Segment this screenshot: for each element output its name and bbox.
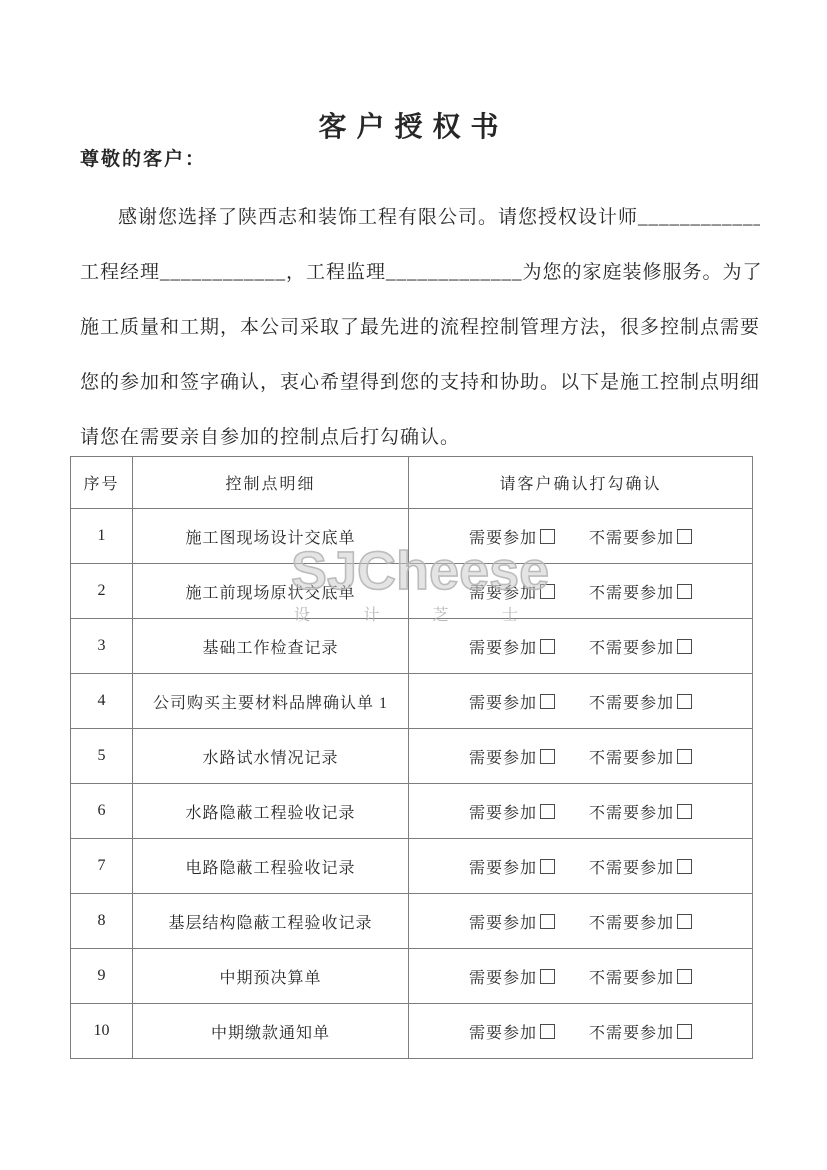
- option-no-need-attend: 不需要参加: [589, 580, 692, 603]
- document-title: 客户授权书: [0, 105, 827, 145]
- table-row: 2 施工前现场原状交底单 需要参加 不需要参加: [71, 564, 753, 619]
- need-attend-checkbox[interactable]: [540, 694, 555, 709]
- option-need-attend: 需要参加: [469, 635, 555, 658]
- option-no-need-attend-label: 不需要参加: [589, 800, 674, 823]
- need-attend-checkbox[interactable]: [540, 529, 555, 544]
- option-no-need-attend: 不需要参加: [589, 635, 692, 658]
- option-no-need-attend-label: 不需要参加: [589, 855, 674, 878]
- option-need-attend-label: 需要参加: [469, 580, 537, 603]
- salutation: 尊敬的客户：: [80, 144, 206, 171]
- table-row: 8 基层结构隐蔽工程验收记录 需要参加 不需要参加: [71, 894, 753, 949]
- control-point-name: 中期预决算单: [133, 949, 409, 1004]
- option-no-need-attend-label: 不需要参加: [589, 690, 674, 713]
- option-need-attend-label: 需要参加: [469, 690, 537, 713]
- control-point-name: 水路试水情况记录: [133, 729, 409, 784]
- no-need-attend-checkbox[interactable]: [677, 1024, 692, 1039]
- option-no-need-attend-label: 不需要参加: [589, 580, 674, 603]
- option-need-attend: 需要参加: [469, 1020, 555, 1043]
- option-need-attend: 需要参加: [469, 910, 555, 933]
- option-no-need-attend: 不需要参加: [589, 800, 692, 823]
- header-control-point: 控制点明细: [133, 457, 409, 509]
- control-point-name: 基层结构隐蔽工程验收记录: [133, 894, 409, 949]
- row-number: 2: [71, 564, 133, 619]
- header-confirm: 请客户确认打勾确认: [409, 457, 753, 509]
- confirm-cell: 需要参加 不需要参加: [409, 784, 753, 839]
- no-need-attend-checkbox[interactable]: [677, 969, 692, 984]
- option-need-attend-label: 需要参加: [469, 800, 537, 823]
- row-number: 8: [71, 894, 133, 949]
- no-need-attend-checkbox[interactable]: [677, 694, 692, 709]
- intro-paragraph: 感谢您选择了陕西志和装饰工程有限公司。请您授权设计师_____________，…: [80, 190, 760, 465]
- option-need-attend: 需要参加: [469, 745, 555, 768]
- option-need-attend: 需要参加: [469, 800, 555, 823]
- no-need-attend-checkbox[interactable]: [677, 914, 692, 929]
- option-no-need-attend: 不需要参加: [589, 1020, 692, 1043]
- paragraph-line: 您的参加和签字确认，衷心希望得到您的支持和协助。以下是施工控制点明细，: [80, 355, 760, 410]
- control-points-table: 序号 控制点明细 请客户确认打勾确认 1 施工图现场设计交底单 需要参加 不需要…: [70, 456, 753, 1059]
- control-point-name: 电路隐蔽工程验收记录: [133, 839, 409, 894]
- option-no-need-attend: 不需要参加: [589, 910, 692, 933]
- option-need-attend: 需要参加: [469, 580, 555, 603]
- confirm-cell: 需要参加 不需要参加: [409, 729, 753, 784]
- table-row: 6 水路隐蔽工程验收记录 需要参加 不需要参加: [71, 784, 753, 839]
- option-no-need-attend: 不需要参加: [589, 745, 692, 768]
- option-need-attend-label: 需要参加: [469, 525, 537, 548]
- need-attend-checkbox[interactable]: [540, 804, 555, 819]
- no-need-attend-checkbox[interactable]: [677, 584, 692, 599]
- row-number: 1: [71, 509, 133, 564]
- row-number: 4: [71, 674, 133, 729]
- need-attend-checkbox[interactable]: [540, 639, 555, 654]
- option-no-need-attend: 不需要参加: [589, 690, 692, 713]
- need-attend-checkbox[interactable]: [540, 749, 555, 764]
- control-point-name: 施工图现场设计交底单: [133, 509, 409, 564]
- confirm-cell: 需要参加 不需要参加: [409, 619, 753, 674]
- control-point-name: 水路隐蔽工程验收记录: [133, 784, 409, 839]
- table-row: 5 水路试水情况记录 需要参加 不需要参加: [71, 729, 753, 784]
- option-need-attend-label: 需要参加: [469, 855, 537, 878]
- option-no-need-attend-label: 不需要参加: [589, 525, 674, 548]
- confirm-cell: 需要参加 不需要参加: [409, 1004, 753, 1059]
- paragraph-line: 工程经理____________，工程监理_____________为您的家庭装…: [80, 245, 760, 300]
- confirm-cell: 需要参加 不需要参加: [409, 564, 753, 619]
- option-need-attend-label: 需要参加: [469, 910, 537, 933]
- option-need-attend: 需要参加: [469, 855, 555, 878]
- document-page: 客户授权书 尊敬的客户： 感谢您选择了陕西志和装饰工程有限公司。请您授权设计师_…: [0, 0, 827, 1170]
- row-number: 10: [71, 1004, 133, 1059]
- row-number: 5: [71, 729, 133, 784]
- no-need-attend-checkbox[interactable]: [677, 529, 692, 544]
- table-row: 7 电路隐蔽工程验收记录 需要参加 不需要参加: [71, 839, 753, 894]
- option-no-need-attend-label: 不需要参加: [589, 910, 674, 933]
- no-need-attend-checkbox[interactable]: [677, 804, 692, 819]
- control-table-body: 1 施工图现场设计交底单 需要参加 不需要参加 2 施工前现场原状交底单 需要参…: [71, 509, 753, 1059]
- control-point-name: 公司购买主要材料品牌确认单 1: [133, 674, 409, 729]
- option-no-need-attend-label: 不需要参加: [589, 965, 674, 988]
- option-need-attend: 需要参加: [469, 690, 555, 713]
- no-need-attend-checkbox[interactable]: [677, 639, 692, 654]
- confirm-cell: 需要参加 不需要参加: [409, 509, 753, 564]
- control-point-name: 施工前现场原状交底单: [133, 564, 409, 619]
- option-no-need-attend: 不需要参加: [589, 525, 692, 548]
- paragraph-line: 施工质量和工期，本公司采取了最先进的流程控制管理方法，很多控制点需要: [80, 300, 760, 355]
- table-row: 9 中期预决算单 需要参加 不需要参加: [71, 949, 753, 1004]
- need-attend-checkbox[interactable]: [540, 914, 555, 929]
- need-attend-checkbox[interactable]: [540, 584, 555, 599]
- no-need-attend-checkbox[interactable]: [677, 749, 692, 764]
- confirm-cell: 需要参加 不需要参加: [409, 674, 753, 729]
- confirm-cell: 需要参加 不需要参加: [409, 894, 753, 949]
- option-no-need-attend: 不需要参加: [589, 855, 692, 878]
- option-no-need-attend-label: 不需要参加: [589, 1020, 674, 1043]
- option-need-attend: 需要参加: [469, 965, 555, 988]
- option-no-need-attend-label: 不需要参加: [589, 635, 674, 658]
- table-row: 4 公司购买主要材料品牌确认单 1 需要参加 不需要参加: [71, 674, 753, 729]
- table-row: 1 施工图现场设计交底单 需要参加 不需要参加: [71, 509, 753, 564]
- table-row: 10 中期缴款通知单 需要参加 不需要参加: [71, 1004, 753, 1059]
- confirm-cell: 需要参加 不需要参加: [409, 839, 753, 894]
- row-number: 3: [71, 619, 133, 674]
- need-attend-checkbox[interactable]: [540, 859, 555, 874]
- need-attend-checkbox[interactable]: [540, 1024, 555, 1039]
- table-header-row: 序号 控制点明细 请客户确认打勾确认: [71, 457, 753, 509]
- control-point-name: 中期缴款通知单: [133, 1004, 409, 1059]
- option-need-attend-label: 需要参加: [469, 635, 537, 658]
- paragraph-line: 感谢您选择了陕西志和装饰工程有限公司。请您授权设计师_____________，: [80, 190, 760, 245]
- table-row: 3 基础工作检查记录 需要参加 不需要参加: [71, 619, 753, 674]
- option-no-need-attend-label: 不需要参加: [589, 745, 674, 768]
- need-attend-checkbox[interactable]: [540, 969, 555, 984]
- confirm-cell: 需要参加 不需要参加: [409, 949, 753, 1004]
- row-number: 7: [71, 839, 133, 894]
- control-point-name: 基础工作检查记录: [133, 619, 409, 674]
- option-need-attend: 需要参加: [469, 525, 555, 548]
- option-no-need-attend: 不需要参加: [589, 965, 692, 988]
- row-number: 6: [71, 784, 133, 839]
- row-number: 9: [71, 949, 133, 1004]
- no-need-attend-checkbox[interactable]: [677, 859, 692, 874]
- option-need-attend-label: 需要参加: [469, 965, 537, 988]
- option-need-attend-label: 需要参加: [469, 745, 537, 768]
- header-seq-no: 序号: [71, 457, 133, 509]
- option-need-attend-label: 需要参加: [469, 1020, 537, 1043]
